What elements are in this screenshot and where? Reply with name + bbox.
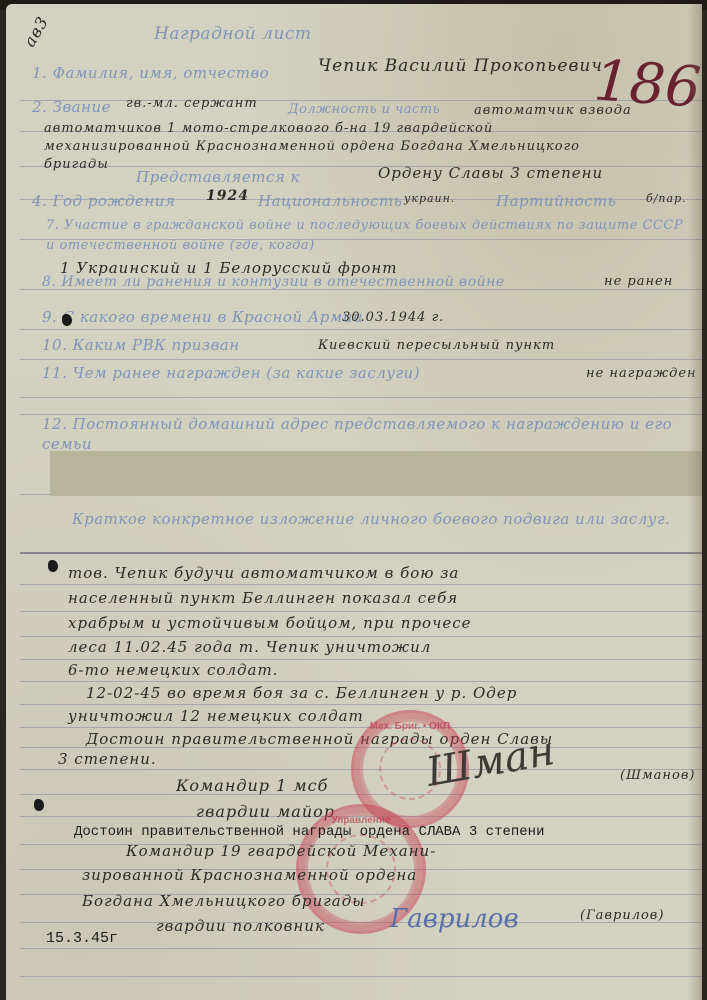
field-12-label: 12. Постоянный домашний адрес представля… (42, 414, 682, 454)
ruled-line-double (20, 552, 702, 554)
binder-hole (62, 314, 72, 326)
commander1-title-line1: Командир 1 мсб (176, 776, 328, 795)
ruled-line (20, 359, 702, 360)
feat-line: населенный пункт Беллинген показал себя (68, 589, 458, 607)
commander2-title-line: гвардии полковник (156, 917, 325, 935)
field-5-value: украин. (404, 192, 455, 205)
commander2-title-line: Командир 19 гвардейской Механи- (126, 842, 436, 860)
archive-mark: ав3 (20, 13, 52, 50)
ruled-line (20, 611, 702, 612)
feat-heading: Краткое конкретное изложение личного бое… (72, 509, 672, 529)
presented-label: Представляется к (136, 168, 300, 186)
ruled-line (20, 329, 702, 330)
field-9-label: 9. С какого времени в Красной Армии (42, 308, 363, 326)
field-4-value: 1924 (206, 188, 249, 204)
field-5-label: Национальность (258, 192, 402, 210)
field-11-label: 11. Чем ранее награжден (за какие заслуг… (42, 364, 420, 382)
feat-line: леса 11.02.45 года т. Чепик уничтожил (68, 638, 431, 656)
field-1-value: Чепик Василий Прокопьевич (318, 56, 603, 76)
feat-line: тов. Чепик будучи автоматчиком в бою за (68, 564, 459, 582)
feat-line: 12-02-45 во время боя за с. Беллинген у … (86, 684, 517, 702)
binder-hole (48, 560, 58, 572)
commander1-name: (Шманов) (620, 768, 695, 783)
field-7-label: 7. Участие в гражданской войне и последу… (46, 216, 686, 256)
feat-line: уничтожил 12 немецких солдат (68, 707, 364, 725)
ruled-line (20, 976, 702, 977)
ruled-line (20, 681, 702, 682)
field-6-value: б/пар. (646, 192, 687, 205)
ruled-line (20, 704, 702, 705)
feat-line: 6-то немецких солдат. (68, 661, 278, 679)
presented-value: Ордену Славы 3 степени (378, 164, 603, 182)
redacted-address (50, 451, 702, 496)
ruled-line (20, 659, 702, 660)
feat-line: храбрым и устойчивым бойцом, при прочесе (68, 614, 472, 632)
field-10-label: 10. Каким РВК призван (42, 336, 240, 354)
field-8-value: не ранен (604, 274, 673, 289)
form-title: Наградной лист (154, 24, 312, 44)
field-4-label: 4. Год рождения (32, 192, 175, 210)
binder-hole (34, 799, 44, 811)
commander2-title-line: Богдана Хмельницкого бригады (82, 892, 365, 910)
feat-line: 3 степени. (58, 750, 157, 768)
field-11-value: не награжден (586, 366, 697, 381)
ruled-line (20, 948, 702, 949)
field-1-label: 1. Фамилия, имя, отчество (32, 64, 269, 82)
ruled-line (20, 636, 702, 637)
document-date: 15.3.45г (46, 930, 118, 947)
field-6-label: Партийность (496, 192, 616, 210)
ruled-line (20, 397, 702, 398)
ruled-line (20, 584, 702, 585)
commander2-title-line: зированной Краснознаменной ордена (82, 866, 417, 884)
field-8-label: 8. Имеет ли ранения и контузии в отечест… (42, 274, 505, 290)
page-edge-shadow (688, 4, 702, 1000)
typed-conclusion: Достоин правительственной награды ордена… (74, 824, 544, 840)
commander2-name: (Гаврилов) (580, 908, 664, 923)
field-9-value: 30.03.1944 г. (342, 310, 444, 325)
award-sheet: ав3 186 Наградной лист 1. Фамилия, имя, … (6, 4, 702, 1000)
field-10-value: Киевский пересыльный пункт (318, 338, 555, 353)
commander2-signature: Гаврилов (390, 904, 519, 934)
